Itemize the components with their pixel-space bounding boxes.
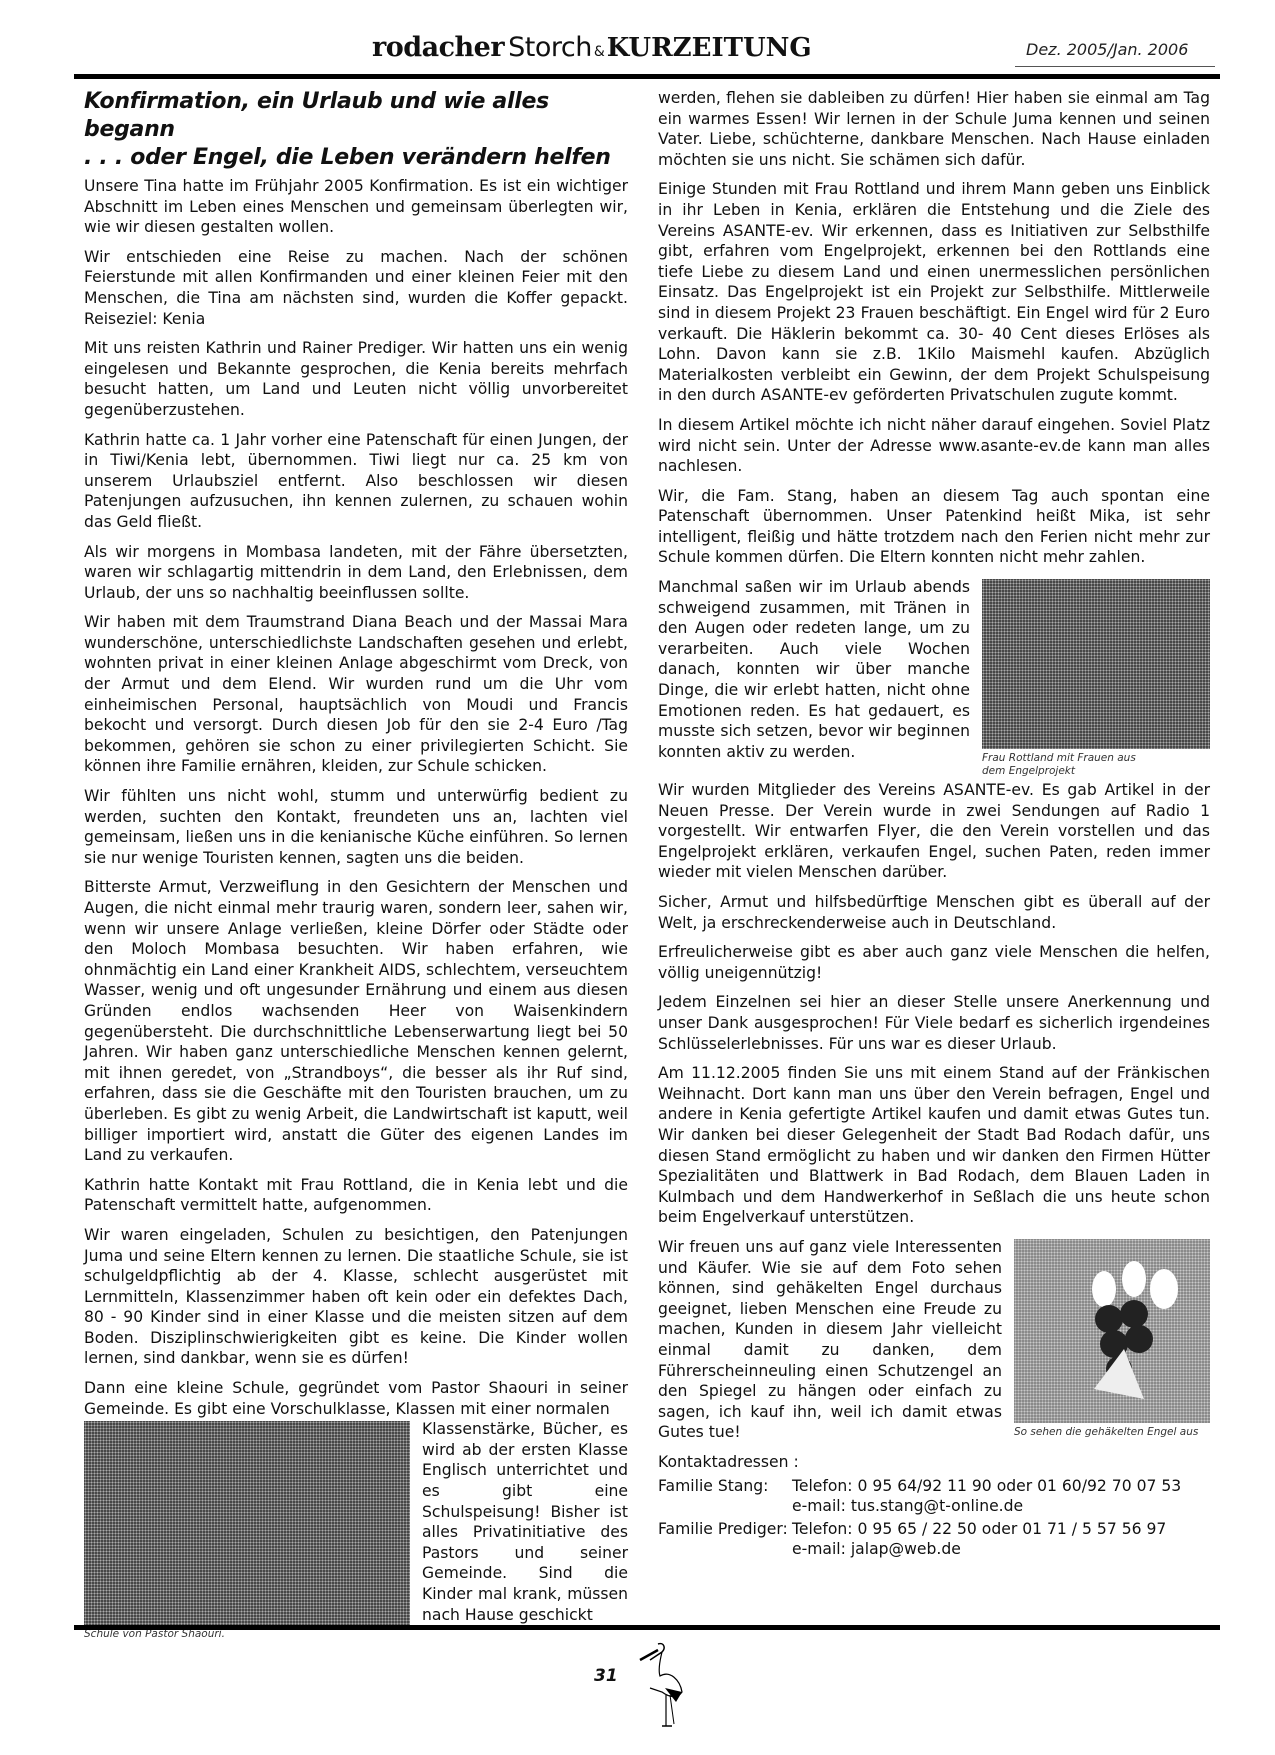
contact-email[interactable]: e-mail: tus.stang@t-online.de	[792, 1496, 1181, 1516]
issue-date: Dez. 2005/Jan. 2006	[1026, 40, 1188, 59]
contact-label: Familie Prediger:	[658, 1519, 792, 1559]
headline-line-1: Konfirmation, ein Urlaub und wie alles b…	[84, 89, 549, 142]
paragraph: Wir wurden Mitglieder des Vereins ASANTE…	[658, 780, 1210, 883]
paragraph: Wir waren eingeladen, Schulen zu besicht…	[84, 1225, 628, 1369]
paragraph: Wir haben mit dem Traumstrand Diana Beac…	[84, 612, 628, 777]
contact-entry: Familie Stang: Telefon: 0 95 64/92 11 90…	[658, 1476, 1210, 1516]
paragraph: Bitterste Armut, Verzweiflung in den Ges…	[84, 877, 628, 1165]
contact-email[interactable]: e-mail: jalap@web.de	[792, 1539, 1166, 1559]
contact-phone: Telefon: 0 95 65 / 22 50 oder 01 71 / 5 …	[792, 1519, 1166, 1539]
article-headline: Konfirmation, ein Urlaub und wie alles b…	[84, 88, 628, 172]
photo-women	[982, 579, 1210, 749]
paragraph: Am 11.12.2005 finden Sie uns mit einem S…	[658, 1063, 1210, 1228]
photo-angels-caption: So sehen die gehäkelten Engel aus	[1014, 1426, 1210, 1439]
publication-title: rodacherStorch&KURZEITUNG	[372, 32, 812, 63]
paragraph: Wir, die Fam. Stang, haben an diesem Tag…	[658, 486, 1210, 568]
contact-label: Familie Stang:	[658, 1476, 792, 1516]
paragraph: Jedem Einzelnen sei hier an dieser Stell…	[658, 992, 1210, 1054]
title-kurzeitung: KURZEITUNG	[607, 33, 812, 63]
paragraph: Kathrin hatte Kontakt mit Frau Rottland,…	[84, 1175, 628, 1216]
paragraph: Einige Stunden mit Frau Rottland und ihr…	[658, 179, 1210, 406]
photo-women-figure: Frau Rottland mit Frauen aus dem Engelpr…	[982, 579, 1210, 778]
photo-angels	[1014, 1239, 1210, 1423]
bottom-rule	[74, 1625, 1220, 1630]
title-ampersand: &	[594, 44, 605, 60]
contact-entry: Familie Prediger: Telefon: 0 95 65 / 22 …	[658, 1519, 1210, 1559]
date-underline	[1015, 66, 1215, 67]
paragraph: Erfreulicherweise gibt es aber auch ganz…	[658, 942, 1210, 983]
paragraph: Mit uns reisten Kathrin und Rainer Predi…	[84, 338, 628, 420]
contact-addresses: Kontaktadressen : Familie Stang: Telefon…	[658, 1452, 1210, 1560]
masthead: rodacherStorch&KURZEITUNG Dez. 2005/Jan.…	[0, 26, 1275, 66]
page-footer: 31	[590, 1640, 710, 1750]
angel-figures-icon	[1014, 1239, 1210, 1423]
top-rule	[74, 74, 1220, 79]
paragraph: Sicher, Armut und hilfsbedürftige Mensch…	[658, 892, 1210, 933]
headline-line-2: . . . oder Engel, die Leben verändern he…	[84, 145, 611, 170]
paragraph: werden, flehen sie dableiben zu dürfen! …	[658, 88, 1210, 170]
paragraph-intro: Dann eine kleine Schule, gegründet vom P…	[84, 1379, 628, 1418]
paragraph: Dann eine kleine Schule, gegründet vom P…	[84, 1378, 628, 1419]
title-storch: Storch	[508, 32, 592, 63]
paragraph: Unsere Tina hatte im Frühjahr 2005 Konfi…	[84, 176, 628, 238]
stork-icon	[610, 1640, 710, 1740]
title-rodacher: rodacher	[372, 32, 504, 63]
paragraph: Als wir morgens in Mombasa landeten, mit…	[84, 542, 628, 604]
photo-school-caption: Schule von Pastor Shaouri.	[84, 1628, 410, 1641]
paragraph: Wir fühlten uns nicht wohl, stumm und un…	[84, 786, 628, 868]
photo-school-figure: Schule von Pastor Shaouri.	[84, 1421, 410, 1641]
photo-school	[84, 1421, 410, 1625]
left-column: Konfirmation, ein Urlaub und wie alles b…	[84, 88, 628, 1643]
paragraph: Kathrin hatte ca. 1 Jahr vorher eine Pat…	[84, 430, 628, 533]
contact-phone: Telefon: 0 95 64/92 11 90 oder 01 60/92 …	[792, 1476, 1181, 1496]
right-column: werden, flehen sie dableiben zu dürfen! …	[658, 88, 1210, 1562]
paragraph: Wir entschieden eine Reise zu machen. Na…	[84, 247, 628, 329]
contacts-heading: Kontaktadressen :	[658, 1452, 1210, 1473]
paragraph: In diesem Artikel möchte ich nicht näher…	[658, 415, 1210, 477]
photo-women-caption: Frau Rottland mit Frauen aus dem Engelpr…	[982, 752, 1162, 778]
photo-angels-figure: So sehen die gehäkelten Engel aus	[1014, 1239, 1210, 1439]
